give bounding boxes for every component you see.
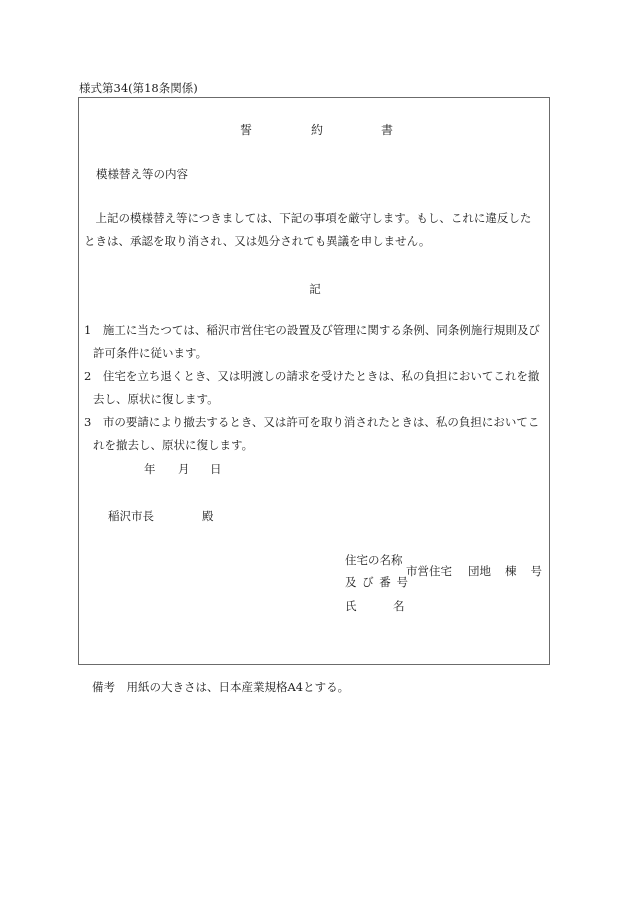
item-text: 市の要請により撤去するとき、又は許可を取り消されたときは、私の負担においてこ: [103, 415, 540, 429]
item-text-cont: れを撤去し、原状に復します。: [84, 434, 539, 457]
form-number-label: 様式第34(第18条関係): [79, 80, 198, 96]
ki-text: 記: [309, 282, 321, 296]
remarks-note: 備考 用紙の大きさは、日本産業規格A4とする。: [92, 679, 349, 695]
addressee-name: 稲沢市長: [108, 508, 154, 524]
title-char: 約: [311, 121, 323, 138]
pledge-line: 上記の模様替え等につきましては、下記の事項を厳守します。もし、これに違反した: [84, 207, 531, 230]
day-label: 日: [210, 461, 222, 477]
addressee-honorific: 殿: [202, 508, 214, 524]
housing-number-label: 及 び 番 号: [345, 574, 409, 590]
list-item: 3 市の要請により撤去するとき、又は許可を取り消されたときは、私の負担においてこ…: [84, 411, 539, 457]
name-label-second: 名: [393, 598, 405, 614]
pledge-line: ときは、承認を取り消され、又は処分されても異議を申しません。: [84, 230, 531, 253]
housing-value: 市営住宅団地棟号: [406, 563, 542, 579]
item-text: 施工に当たつては、稲沢市営住宅の設置及び管理に関する条例、同条例施行規則及び: [103, 323, 540, 337]
year-label: 年: [144, 461, 156, 477]
item-number: 1: [84, 323, 91, 337]
housing-type: 市営住宅: [406, 564, 452, 578]
month-label: 月: [178, 461, 190, 477]
item-text-cont: 許可条件に従います。: [84, 342, 540, 365]
building-label: 棟: [505, 564, 517, 578]
housing-name-label: 住宅の名称: [345, 552, 403, 568]
title-char: 誓: [240, 121, 252, 138]
list-item: 1 施工に当たつては、稲沢市営住宅の設置及び管理に関する条例、同条例施行規則及び…: [84, 319, 540, 365]
pledge-paragraph: 上記の模様替え等につきましては、下記の事項を厳守します。もし、これに違反した と…: [84, 207, 531, 253]
ki-heading: 記: [0, 281, 630, 297]
item-text-cont: 去し、原状に復します。: [84, 388, 539, 411]
danchi-label: 団地: [468, 564, 491, 578]
name-label-first: 氏: [345, 598, 357, 614]
title-char: 書: [381, 121, 393, 138]
item-number: 2: [84, 369, 91, 383]
item-number: 3: [84, 415, 91, 429]
alteration-content-label: 模様替え等の内容: [96, 166, 188, 182]
number-label: 号: [531, 564, 543, 578]
item-text: 住宅を立ち退くとき、又は明渡しの請求を受けたときは、私の負担においてこれを撤: [103, 369, 540, 383]
list-item: 2 住宅を立ち退くとき、又は明渡しの請求を受けたときは、私の負担においてこれを撤…: [84, 365, 539, 411]
